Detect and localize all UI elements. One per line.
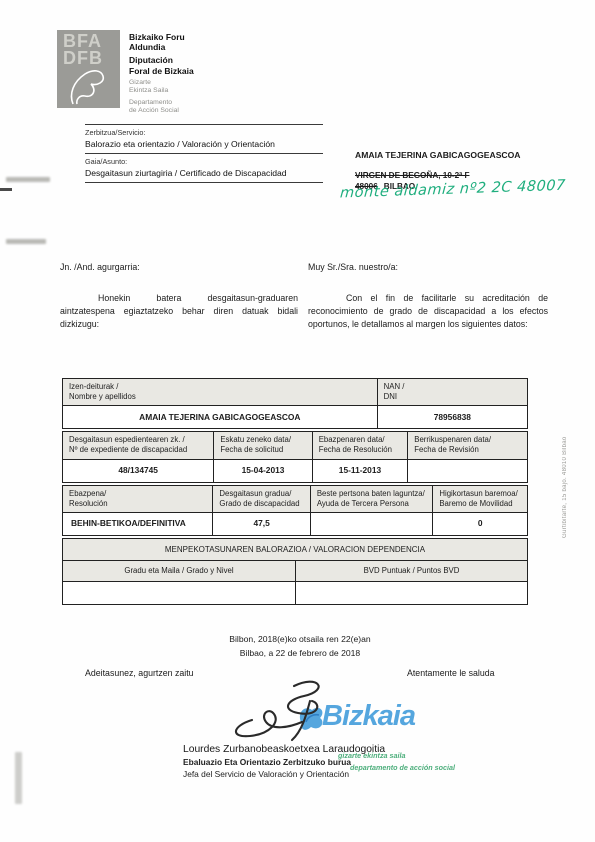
signer-title-eu: Ebaluazio Eta Orientazio Zerbitzuko buru… — [183, 757, 385, 767]
letter-column-spanish: Muy Sr./Sra. nuestro/a: Con el fin de fa… — [308, 262, 548, 330]
logo-text-block: Bizkaiko Foru Aldundia Diputación Foral … — [129, 30, 194, 116]
service-label: Zerbitzua/Servicio: — [85, 128, 323, 137]
disability-data-table: Izen-deiturak / Nombre y apellidos NAN /… — [62, 378, 528, 607]
ebazpena-value-cell: BEHIN-BETIKOA/DEFINITIVA — [63, 513, 212, 535]
date-block: Bilbon, 2018(e)ko otsaila ren 22(e)an Bi… — [140, 633, 460, 661]
bvd-header-cell: BVD Puntuak / Puntos BVD — [295, 561, 527, 581]
dni-value-cell: 78956838 — [377, 406, 527, 428]
ayuda-header-cell: Beste pertsona baten laguntza/ Ayuda de … — [310, 486, 432, 512]
gradu-header-cell: Gradu eta Maila / Grado y Nivel — [63, 561, 295, 581]
subject-label: Gaia/Asunto: — [85, 157, 323, 166]
farewell-eu: Adeitasunez, agurtzen zaitu — [85, 668, 194, 678]
margin-dash — [0, 188, 12, 191]
body-eu: Honekin batera desgaitasun-graduaren ain… — [60, 292, 298, 330]
divider — [85, 153, 323, 154]
scan-artifact — [6, 239, 46, 244]
expediente-header-cell: Desgaitasun espedientearen zk. / Nº de e… — [63, 432, 213, 458]
salutation-eu: Jn. /And. agurgarria: — [60, 262, 298, 272]
scan-artifact — [6, 177, 50, 182]
name-header-cell: Izen-deiturak / Nombre y apellidos — [63, 379, 377, 405]
name-value-cell: AMAIA TEJERINA GABICAGOGEASCOA — [63, 406, 377, 428]
date-line-es: Bilbao, a 22 de febrero de 2018 — [140, 647, 460, 661]
divider — [85, 182, 323, 183]
leaf-icon — [63, 66, 109, 106]
handwritten-signature — [222, 676, 362, 748]
signer-title-es: Jefa del Servicio de Valoración y Orient… — [183, 769, 385, 779]
solicitud-header-cell: Eskatu zeneko data/ Fecha de solicitud — [213, 432, 311, 458]
dept-name-eu: Gizarte Ekintza Saila — [129, 79, 194, 96]
table-section-expediente: Desgaitasun espedientearen zk. / Nº de e… — [62, 431, 528, 482]
dept-name-es: Departamento de Acción Social — [129, 99, 194, 116]
revision-value-cell — [407, 460, 527, 482]
service-value: Balorazio eta orientazio / Valoración y … — [85, 139, 323, 149]
bfa-dfb-logo-icon: BFA DFB — [57, 30, 120, 108]
org-name-es: Diputación Foral de Bizkaia — [129, 55, 194, 75]
letter-column-basque: Jn. /And. agurgarria: Honekin batera des… — [60, 262, 298, 330]
date-line-eu: Bilbon, 2018(e)ko otsaila ren 22(e)an — [140, 633, 460, 647]
header-logo: BFA DFB Bizkaiko Foru Aldundia Diputació… — [57, 30, 194, 116]
dni-header-cell: NAN / DNI — [377, 379, 527, 405]
side-margin-address: Gurtibitarte, 15 bajo. 48010 Bilbao — [562, 408, 568, 538]
service-block: Zerbitzua/Servicio: Balorazio eta orient… — [85, 124, 323, 183]
document-page: BFA DFB Bizkaiko Foru Aldundia Diputació… — [0, 0, 595, 842]
table-section-resolucion: Ebazpena/ Resolución Desgaitasun gradua/… — [62, 485, 528, 536]
bvd-value-cell — [295, 582, 527, 604]
signer-block: Lourdes Zurbanobeaskoetxea Laraudogoitia… — [183, 744, 385, 779]
expediente-value-cell: 48/134745 — [63, 460, 213, 482]
org-name-eu: Bizkaiko Foru Aldundia — [129, 32, 194, 52]
scan-artifact — [15, 752, 22, 804]
gradu-value-cell — [63, 582, 295, 604]
farewell-es: Atentamente le saluda — [407, 668, 495, 678]
table-section-dependencia: MENPEKOTASUNAREN BALORAZIOA / VALORACION… — [62, 538, 528, 605]
grado-header-cell: Desgaitasun gradua/ Grado de discapacida… — [212, 486, 309, 512]
body-es: Con el fin de facilitarle su acreditació… — [308, 292, 548, 330]
baremo-header-cell: Higikortasun baremoa/ Baremo de Movilida… — [432, 486, 527, 512]
ayuda-value-cell — [310, 513, 432, 535]
dependencia-band: MENPEKOTASUNAREN BALORAZIOA / VALORACION… — [63, 539, 527, 561]
resolucion-value-cell: 15-11-2013 — [312, 460, 408, 482]
ebazpena-header-cell: Ebazpena/ Resolución — [63, 486, 212, 512]
solicitud-value-cell: 15-04-2013 — [213, 460, 311, 482]
divider — [85, 124, 323, 125]
recipient-name: AMAIA TEJERINA GABICAGOGEASCOA — [355, 150, 585, 160]
logo-letters: BFA DFB — [63, 33, 103, 67]
resolucion-header-cell: Ebazpenaren data/ Fecha de Resolución — [312, 432, 408, 458]
subject-value: Desgaitasun ziurtagiria / Certificado de… — [85, 168, 323, 178]
baremo-value-cell: 0 — [432, 513, 527, 535]
revision-header-cell: Berrikuspenaren data/ Fecha de Revisión — [407, 432, 527, 458]
grado-value-cell: 47,5 — [212, 513, 309, 535]
salutation-es: Muy Sr./Sra. nuestro/a: — [308, 262, 548, 272]
table-section-name: Izen-deiturak / Nombre y apellidos NAN /… — [62, 378, 528, 429]
